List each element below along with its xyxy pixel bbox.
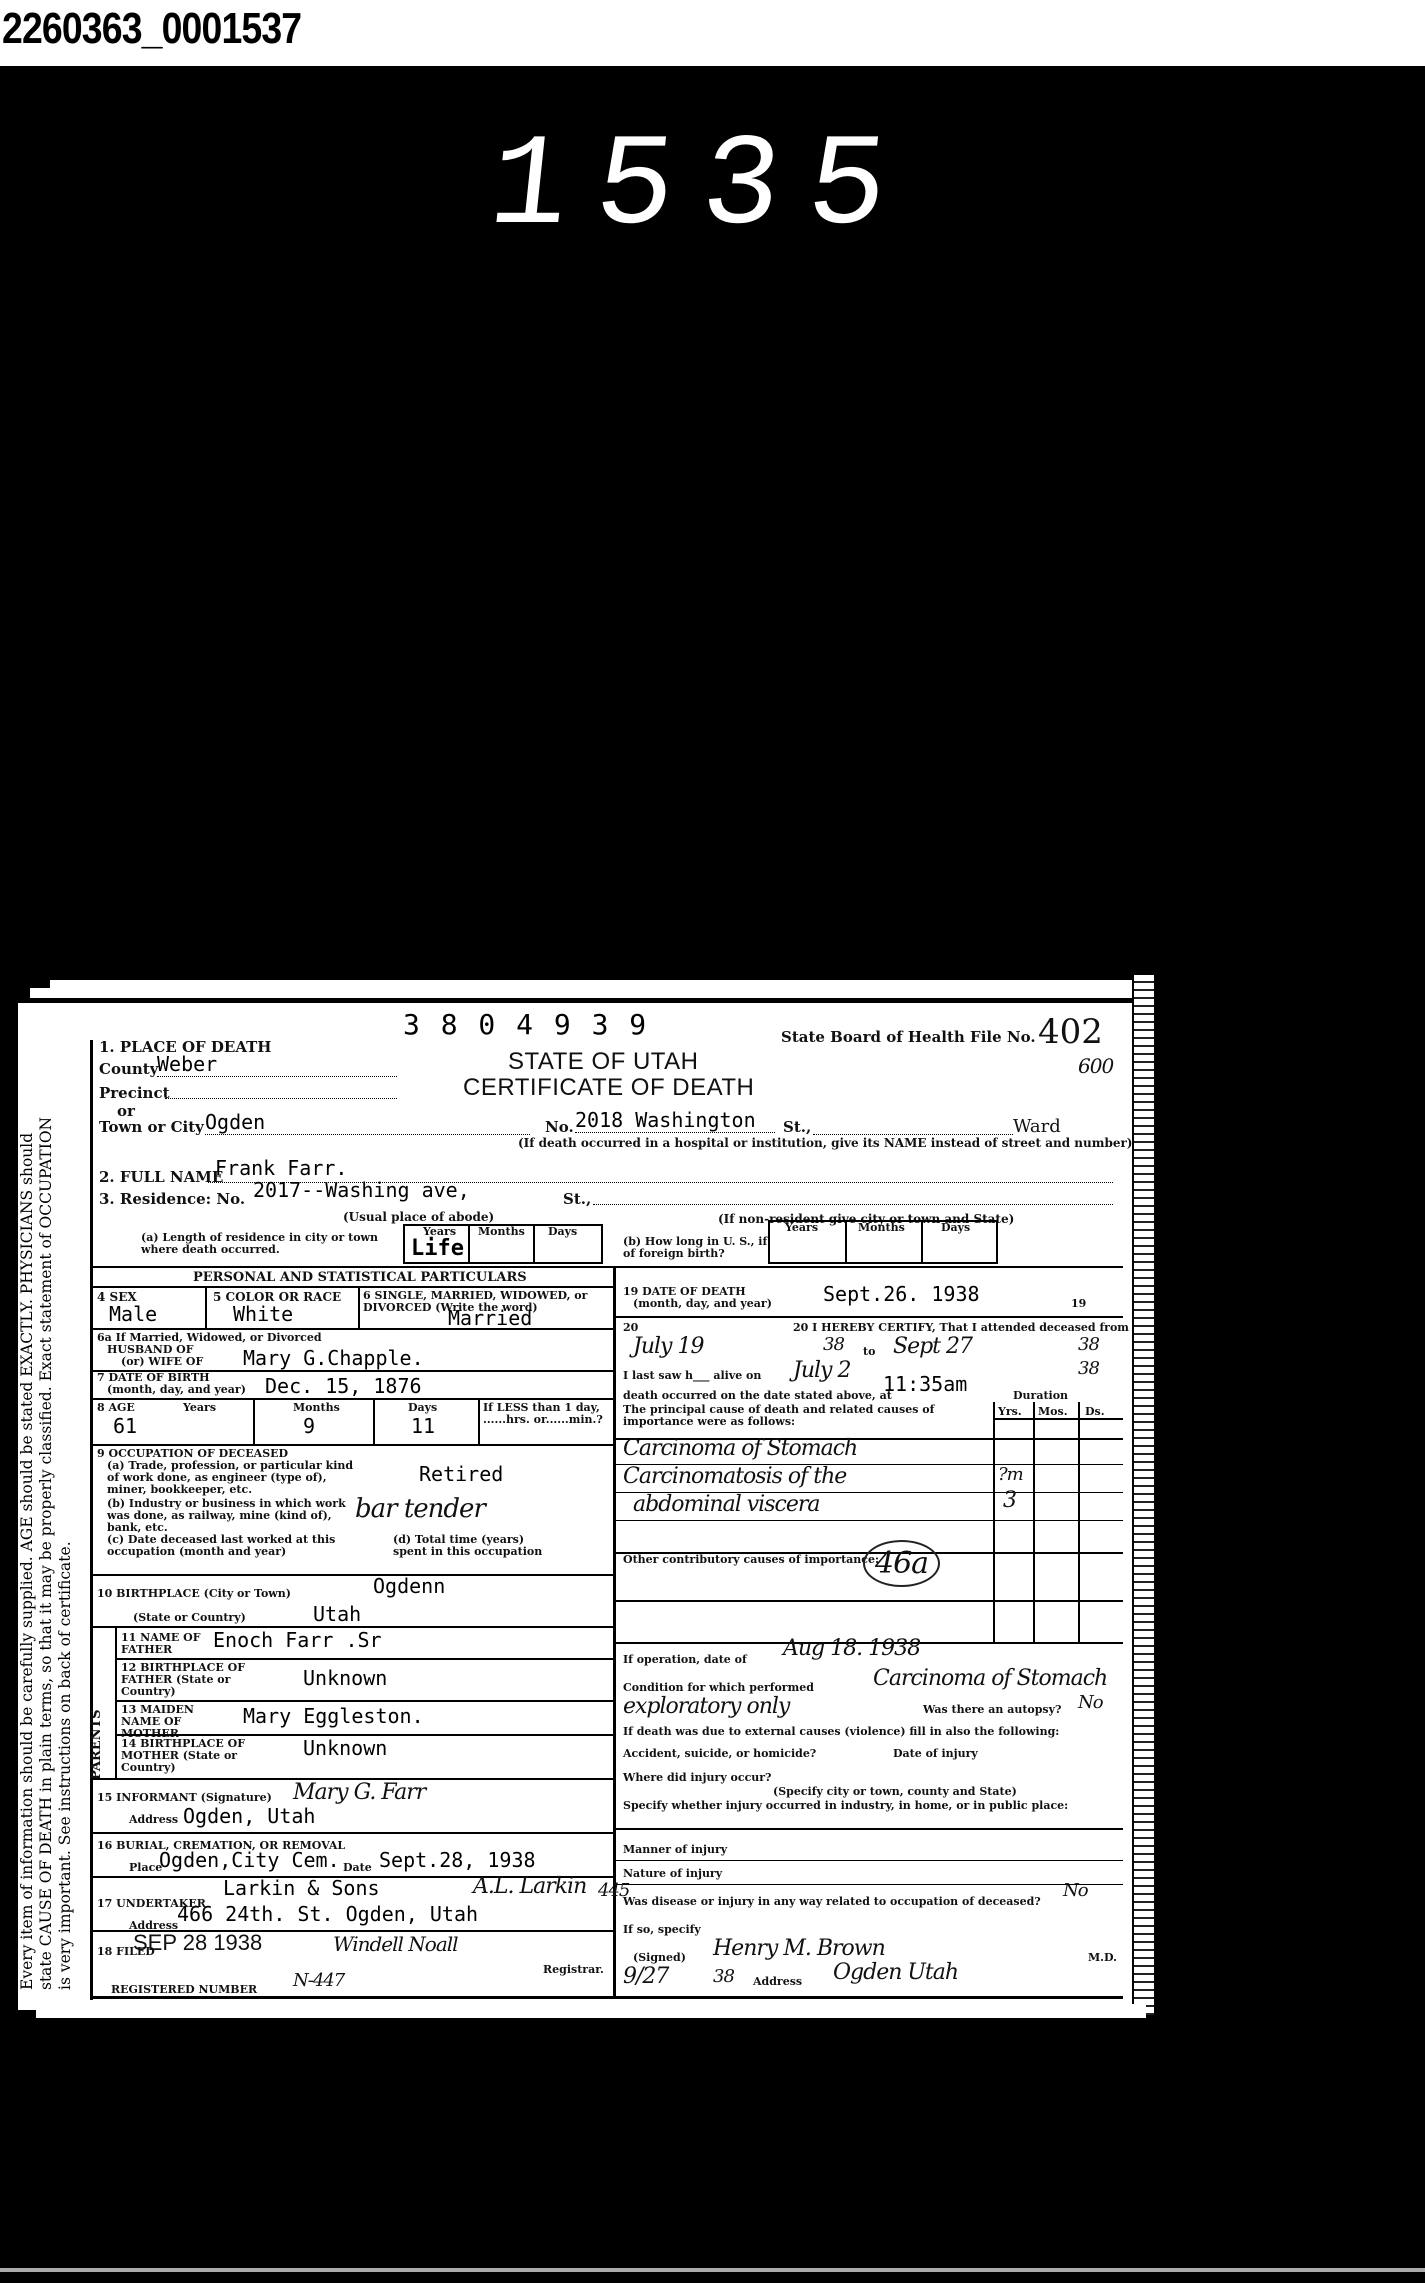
divider (115, 1700, 613, 1702)
divider (93, 1286, 613, 1288)
form-bottom-border (90, 1996, 1123, 1999)
burial-date-label: Date (343, 1862, 372, 1874)
occupation-related-label: Was disease or injury in any way related… (623, 1896, 1041, 1908)
mother-birthplace-label: 14 BIRTHPLACE OF MOTHER (State or Countr… (121, 1738, 251, 1774)
birthplace-city-field: Ogdenn (373, 1574, 445, 1598)
father-birthplace-field: Unknown (303, 1666, 387, 1690)
registrar-signature: Windell Noall (333, 1932, 458, 1956)
autopsy-label: Was there an autopsy? (923, 1704, 1061, 1716)
residence-st-label: St., (563, 1190, 591, 1208)
undertaker-address-field: 466 24th. St. Ogden, Utah (177, 1902, 478, 1926)
full-name-label: 2. FULL NAME (99, 1168, 223, 1186)
precinct-label: Precinct (99, 1084, 170, 1102)
registered-number-label: REGISTERED NUMBER (111, 1984, 257, 1996)
age-years-field: 61 (113, 1414, 137, 1438)
condition-cont: exploratory only (623, 1694, 789, 1719)
race-field: White (233, 1302, 293, 1326)
divider (533, 1224, 535, 1264)
undertaker-signature: A.L. Larkin (473, 1874, 586, 1899)
paper-edge (30, 988, 1150, 1000)
attended-from: July 19 (633, 1334, 703, 1359)
attended-from-year: 38 (823, 1334, 844, 1355)
duration-ds-label: Ds. (1085, 1406, 1105, 1418)
occupation-c-label: (c) Date deceased last worked at this oc… (107, 1534, 337, 1558)
st-label: St., (783, 1118, 811, 1136)
how-long-us-label: (b) How long in U. S., if of foreign bir… (623, 1236, 773, 1260)
signed-year: 38 (713, 1966, 734, 1987)
divider (478, 1398, 480, 1444)
image-id-header: 2260363_0001537 (0, 0, 1425, 66)
spouse-label-3: (or) WIFE OF (121, 1356, 203, 1368)
injury-specify-label: Specify whether injury occurred in indus… (623, 1800, 1068, 1812)
burial-place-field: Ogden,City Cem. (159, 1848, 340, 1872)
divider (616, 1520, 1123, 1521)
divider (616, 1860, 1123, 1861)
burial-date-field: Sept.28, 1938 (379, 1848, 536, 1872)
less-than-day-label: If LESS than 1 day, ......hrs. or......m… (483, 1402, 611, 1426)
divider (253, 1398, 255, 1444)
divider (845, 1220, 847, 1264)
divider (616, 1600, 1123, 1602)
attended-to-year: 38 (1078, 1334, 1099, 1355)
last-saw-field: July 2 (793, 1358, 850, 1383)
paper-bottom-edge (36, 2004, 1146, 2018)
occupation-related-field: No (1063, 1880, 1088, 1901)
registered-number: N-447 (293, 1970, 344, 1991)
parents-label: PARENTS (91, 1709, 103, 1780)
county-label: County (99, 1060, 158, 1078)
divider (93, 1398, 613, 1400)
informant-address-label: Address (129, 1814, 178, 1826)
divider (205, 1286, 207, 1328)
full-name-field: Frank Farr. (215, 1156, 347, 1180)
physician-address-label: Address (753, 1976, 802, 1988)
cause-3: abdominal viscera (633, 1492, 819, 1517)
registrar-label: Registrar. (543, 1964, 604, 1976)
document-title: CERTIFICATE OF DEATH (463, 1074, 754, 1102)
bottom-rule (0, 2268, 1425, 2272)
personal-header: PERSONAL AND STATISTICAL PARTICULARS (193, 1270, 527, 1285)
physician-signature: Henry M. Brown (713, 1936, 885, 1961)
days-label: Days (548, 1226, 577, 1238)
divider (468, 1224, 470, 1264)
residence-field: 2017--Washing ave, (253, 1178, 470, 1202)
duration-yrs-label: Yrs. (998, 1406, 1022, 1418)
county-field: Weber (157, 1052, 397, 1077)
ward-label: Ward (1013, 1116, 1061, 1137)
divider (616, 1316, 1123, 1318)
age-months-field: 9 (303, 1414, 315, 1438)
if-so-label: If so, specify (623, 1924, 701, 1936)
certify-label-num: 20 (623, 1322, 638, 1334)
cause-3-yrs: 3 (1003, 1488, 1016, 1513)
filed-date: SEP 28 1938 (133, 1930, 262, 1956)
file-no-label: State Board of Health File No. (781, 1028, 1036, 1046)
dob-field: Dec. 15, 1876 (265, 1374, 422, 1398)
occupation-b-label: (b) Industry or business in which work w… (107, 1498, 367, 1534)
father-field: Enoch Farr .Sr (213, 1628, 382, 1652)
length-residence-label: (a) Length of residence in city or town … (141, 1232, 411, 1256)
state-title: STATE OF UTAH (508, 1048, 699, 1076)
divider (93, 1444, 613, 1446)
divider (93, 1832, 613, 1834)
divider (93, 1574, 613, 1576)
us-months-label: Months (858, 1222, 905, 1234)
injury-where-note: (Specify city or town, county and State) (773, 1786, 1017, 1798)
last-saw-year: 38 (1078, 1358, 1099, 1379)
age-days-label: Days (408, 1402, 437, 1414)
nature-label: Nature of injury (623, 1868, 722, 1880)
autopsy-field: No (1078, 1692, 1103, 1713)
dob-sublabel: (month, day, and year) (107, 1384, 246, 1396)
condition-field: Carcinoma of Stomach (873, 1666, 1107, 1691)
section-divider (93, 1266, 1123, 1268)
burial-place-label: Place (129, 1862, 162, 1874)
margin-line-2: state CAUSE OF DEATH in plain terms, so … (37, 1045, 56, 1990)
file-no-handwritten: 600 (1078, 1054, 1113, 1078)
contributory-label: Other contributory causes of importance: (623, 1554, 879, 1566)
hospital-note: (If death occurred in a hospital or inst… (518, 1136, 1132, 1150)
date-of-death-sublabel: (month, day, and year) (633, 1298, 772, 1310)
age-years-label: Years (183, 1402, 216, 1414)
informant-address-field: Ogden, Utah (183, 1804, 315, 1828)
mother-field: Mary Eggleston. (243, 1704, 424, 1728)
occupation-b-field: bar tender (355, 1494, 485, 1524)
us-days-label: Days (941, 1222, 970, 1234)
informant-signature: Mary G. Farr (293, 1780, 425, 1805)
informant-label: 15 INFORMANT (Signature) (97, 1792, 272, 1804)
birthplace-state-label: (State or Country) (133, 1612, 246, 1624)
ward-field (813, 1134, 1013, 1135)
physician-address: Ogden Utah (833, 1960, 958, 1985)
divider (115, 1626, 117, 1778)
margin-instructions: Every item of information should be care… (18, 1045, 78, 1990)
father-label: 11 NAME OF FATHER (121, 1632, 211, 1656)
death-time-label: death occurred on the date stated above,… (623, 1390, 892, 1402)
duration-mos-label: Mos. (1038, 1406, 1068, 1418)
md-label: M.D. (1088, 1952, 1117, 1964)
duration-label: Duration (1013, 1390, 1068, 1402)
manner-label: Manner of injury (623, 1844, 727, 1856)
us-years-label: Years (785, 1222, 818, 1234)
certify-label: 20 I HEREBY CERTIFY, That I attended dec… (793, 1322, 1129, 1334)
operation-label: If operation, date of (623, 1654, 747, 1666)
occupation-d-label: (d) Total time (years) spent in this occ… (393, 1534, 543, 1558)
divider (616, 1884, 1123, 1885)
divider (115, 1658, 613, 1660)
age-days-field: 11 (411, 1414, 435, 1438)
residence-line (593, 1204, 1113, 1205)
year-prefix: 19 (1071, 1298, 1086, 1310)
occupation-a-field: Retired (419, 1462, 503, 1486)
divider (921, 1220, 923, 1264)
paper-right-edge (1132, 975, 1154, 2015)
age-months-label: Months (293, 1402, 340, 1414)
principal-cause-label: The principal cause of death and related… (623, 1404, 993, 1428)
cause-2: Carcinomatosis of the (623, 1464, 846, 1489)
margin-line-1: Every item of information should be care… (18, 1045, 37, 1990)
precinct-field (165, 1098, 397, 1099)
birthplace-state-field: Utah (313, 1602, 361, 1626)
town-field: Ogden (205, 1110, 530, 1135)
accident-label: Accident, suicide, or homicide? (623, 1748, 816, 1760)
sex-field: Male (109, 1302, 157, 1326)
divider (358, 1286, 360, 1328)
stamped-number: 3 8 0 4 9 3 9 (403, 1008, 648, 1041)
signed-date: 9/27 (623, 1964, 668, 1989)
file-no: 402 (1038, 1012, 1103, 1052)
street-no-field: 2018 Washington (575, 1108, 775, 1133)
months-label: Months (478, 1226, 525, 1238)
date-of-death-field: Sept.26. 1938 (823, 1282, 980, 1306)
cause-1: Carcinoma of Stomach (623, 1436, 857, 1461)
birthplace-label: 10 BIRTHPLACE (City or Town) (97, 1588, 291, 1600)
no-label: No. (545, 1118, 574, 1136)
father-birthplace-label: 12 BIRTHPLACE OF FATHER (State or Countr… (121, 1662, 251, 1698)
spouse-field: Mary G.Chapple. (243, 1346, 424, 1370)
age-label: 8 AGE (97, 1402, 135, 1414)
margin-line-3: is very important. See instructions on b… (56, 1045, 75, 1990)
usual-abode-note: (Usual place of abode) (343, 1210, 494, 1224)
external-header: If death was due to external causes (vio… (623, 1726, 1059, 1738)
occupation-a-label: (a) Trade, profession, or particular kin… (107, 1460, 367, 1496)
marital-field: Married (448, 1306, 532, 1330)
cause-2-yrs: ?m (998, 1464, 1023, 1485)
signed-label: (Signed) (633, 1952, 686, 1964)
operation-date: Aug 18. 1938 (783, 1636, 920, 1661)
divider (616, 1828, 1123, 1830)
divider (93, 1328, 613, 1330)
residence-label: 3. Residence: No. (99, 1190, 245, 1208)
divider (993, 1418, 1123, 1420)
frame-number: 1535 (482, 115, 922, 262)
certificate-form: 3 8 0 4 9 3 9 STATE OF UTAH CERTIFICATE … (90, 1040, 1120, 2000)
injury-where-label: Where did injury occur? (623, 1772, 772, 1784)
divider (373, 1398, 375, 1444)
undertaker-field: Larkin & Sons (223, 1876, 380, 1900)
margin-mark: 445 (598, 1880, 629, 1901)
town-label: Town or City (99, 1118, 204, 1136)
death-time-field: 11:35am (883, 1372, 967, 1396)
attended-to: Sept 27 (893, 1334, 972, 1359)
condition-label: Condition for which performed (623, 1682, 814, 1694)
contributory-mark: 46a (863, 1540, 940, 1587)
injury-date-label: Date of injury (893, 1748, 978, 1760)
mother-birthplace-field: Unknown (303, 1736, 387, 1760)
last-saw-label: I last saw h___ alive on (623, 1370, 761, 1382)
image-id: 2260363_0001537 (2, 4, 301, 54)
attended-to-label: to (863, 1346, 875, 1358)
years-field: Life (411, 1236, 464, 1261)
